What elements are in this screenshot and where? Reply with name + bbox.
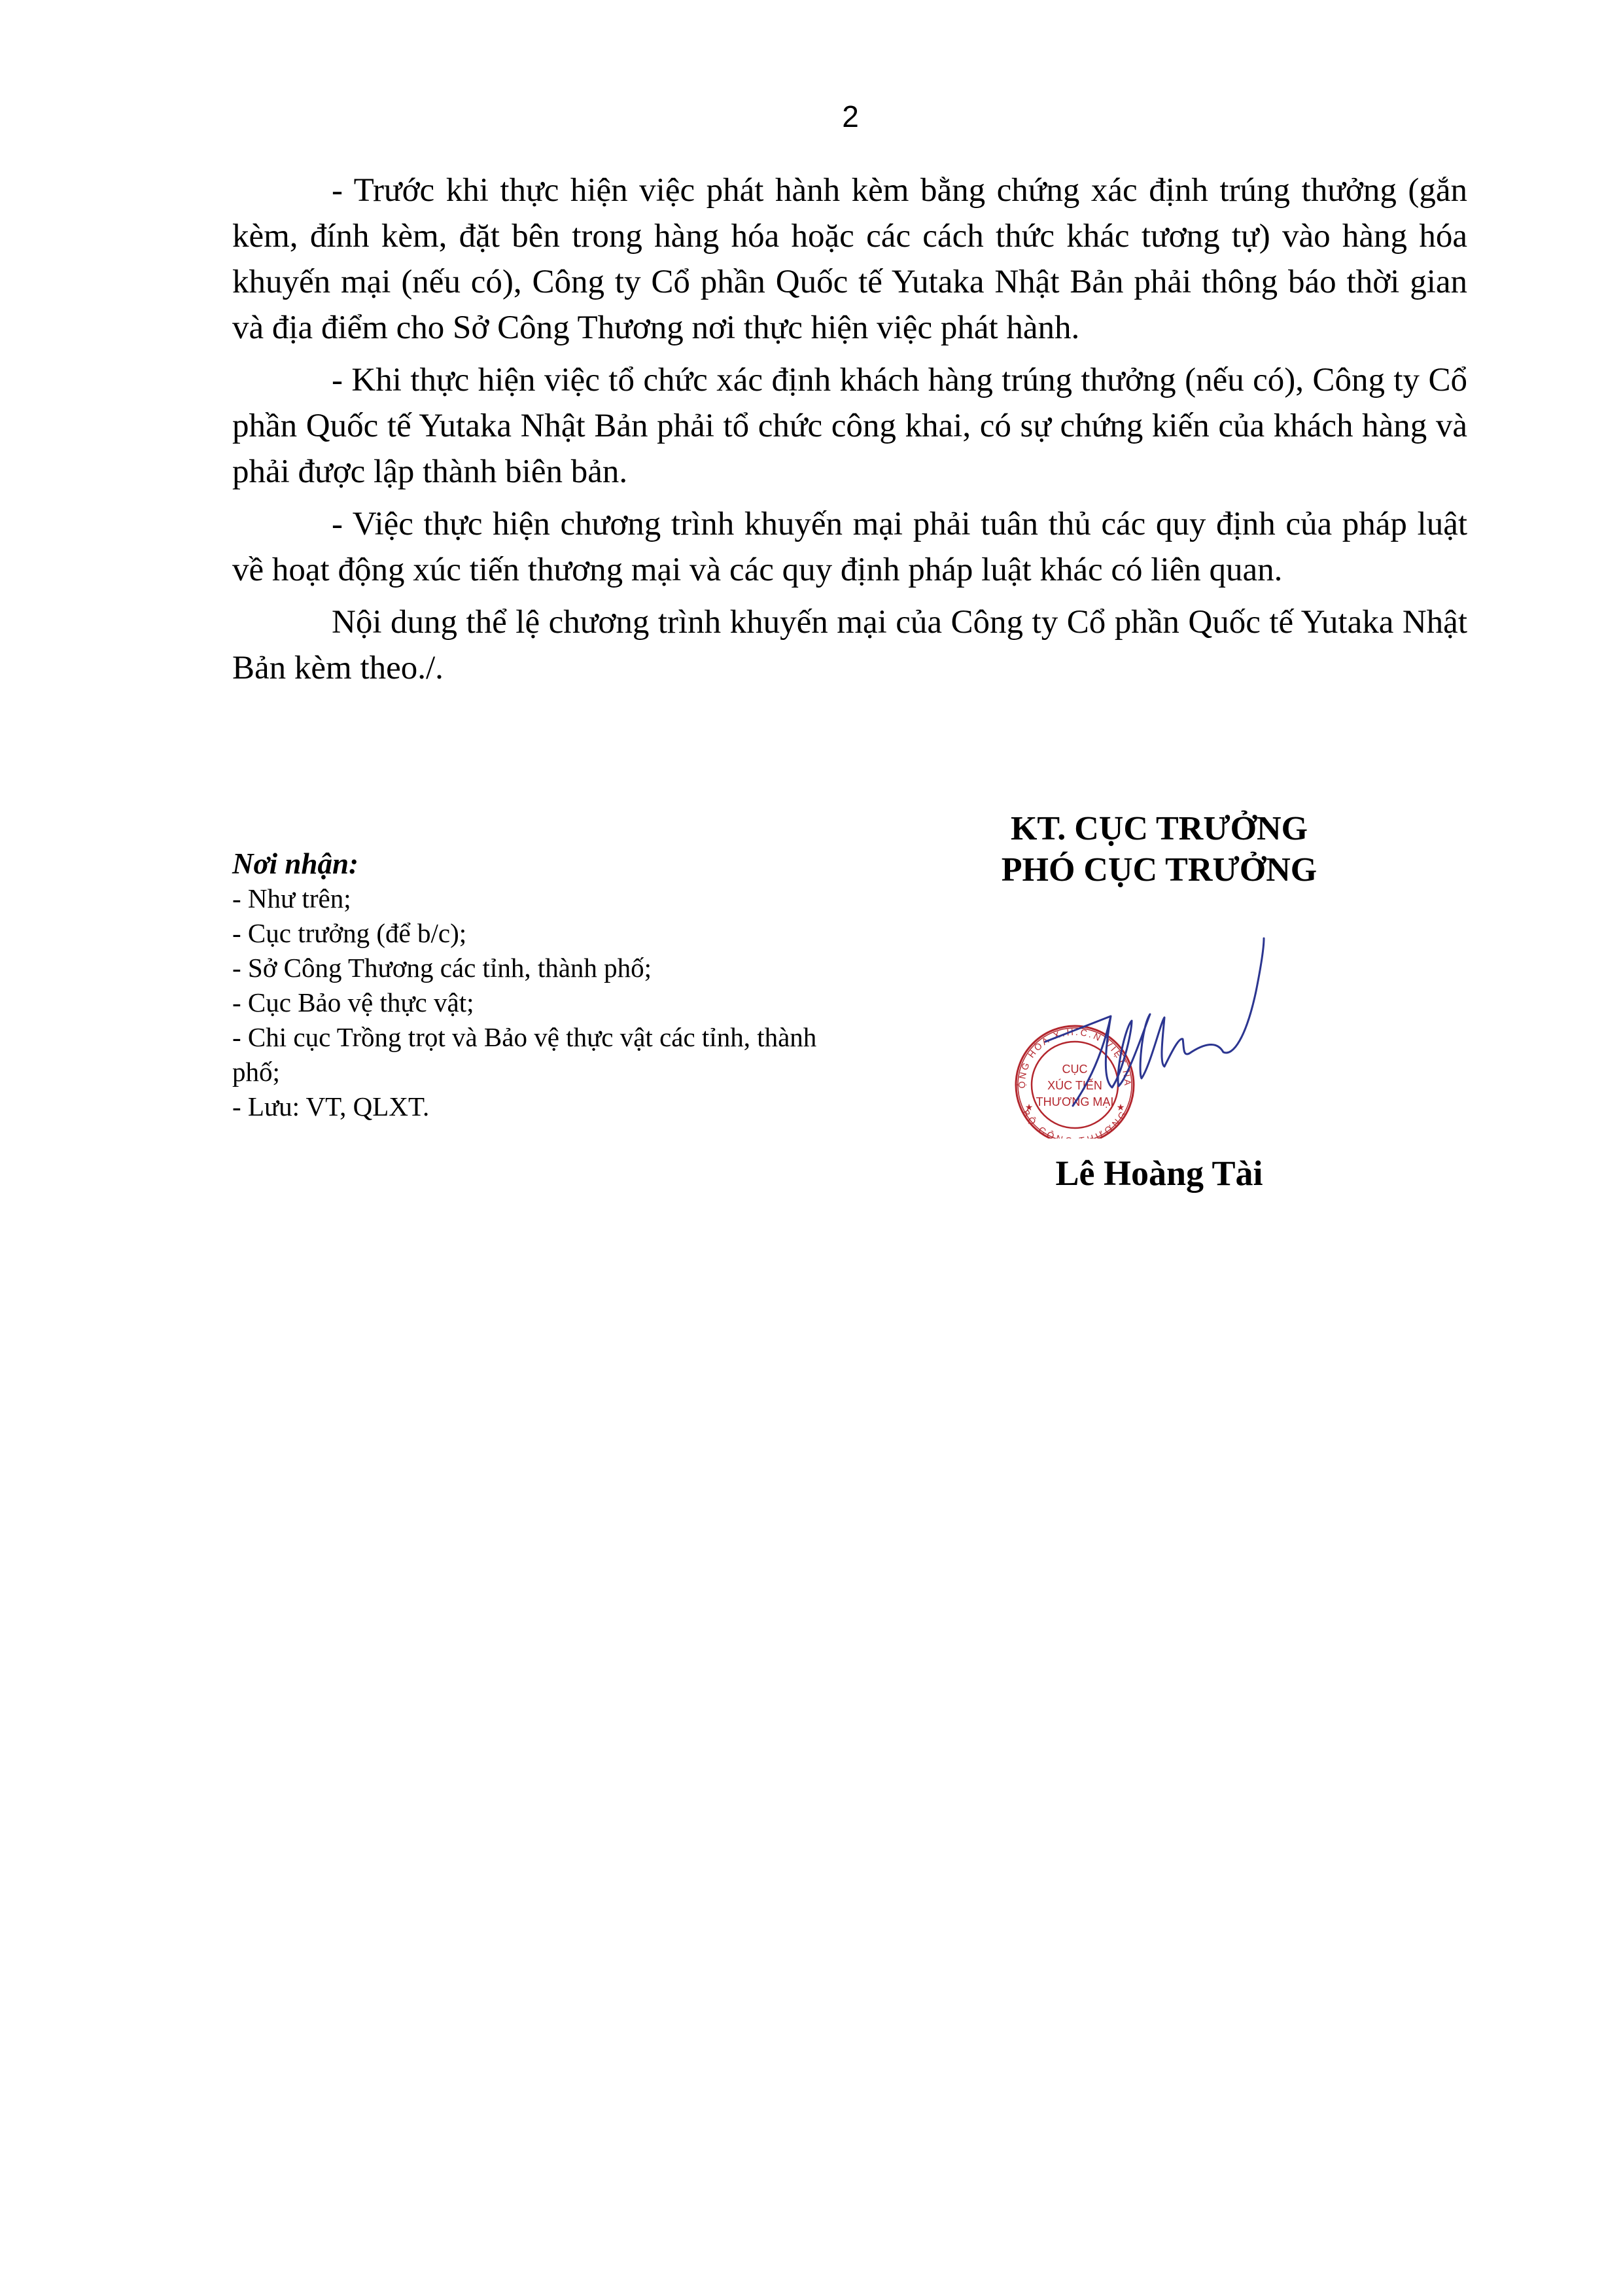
recipient-item: - Cục Bảo vệ thực vật;: [232, 985, 860, 1020]
recipients-label: Nơi nhận:: [232, 846, 860, 881]
signature-title-block: KT. CỤC TRƯỞNG PHÓ CỤC TRƯỞNG: [963, 808, 1355, 891]
recipients-block: Nơi nhận: - Như trên; - Cục trưởng (để b…: [232, 846, 860, 1124]
seal-bottom-text: BỘ CÔNG THƯƠNG: [1021, 1108, 1129, 1139]
document-body: - Trước khi thực hiện việc phát hành kèm…: [232, 168, 1467, 698]
seal-star-right-icon: ★: [1117, 1102, 1125, 1112]
page-number: 2: [811, 98, 890, 135]
recipients-list: - Như trên; - Cục trưởng (để b/c); - Sở …: [232, 881, 860, 1124]
seal-star-left-icon: ★: [1025, 1102, 1034, 1112]
signer-name: Lê Hoàng Tài: [963, 1153, 1355, 1193]
signature-title-line2: PHÓ CỤC TRƯỞNG: [963, 849, 1355, 891]
document-page: 2 - Trước khi thực hiện việc phát hành k…: [0, 0, 1623, 2296]
seal-center-line1: CỤC: [1062, 1063, 1088, 1076]
official-seal-icon: CỘNG HÒA X.H.C.N VIỆT NAM BỘ CÔNG THƯƠNG…: [1007, 929, 1282, 1139]
recipient-item: - Chi cục Trồng trọt và Bảo vệ thực vật …: [232, 1020, 860, 1089]
seal-center-line2: XÚC TIẾN: [1047, 1078, 1102, 1092]
recipient-item: - Sở Công Thương các tỉnh, thành phố;: [232, 951, 860, 985]
paragraph-winner-determination: - Khi thực hiện việc tổ chức xác định kh…: [232, 357, 1467, 495]
recipient-item: - Lưu: VT, QLXT.: [232, 1089, 860, 1124]
svg-text:BỘ CÔNG THƯƠNG: BỘ CÔNG THƯƠNG: [1021, 1108, 1129, 1139]
signature-title-line1: KT. CỤC TRƯỞNG: [963, 808, 1355, 849]
paragraph-attachment-note: Nội dung thể lệ chương trình khuyến mại …: [232, 599, 1467, 691]
recipient-item: - Cục trưởng (để b/c);: [232, 916, 860, 951]
recipient-item: - Như trên;: [232, 881, 860, 916]
paragraph-legal-compliance: - Việc thực hiện chương trình khuyến mại…: [232, 501, 1467, 593]
paragraph-prize-evidence-notice: - Trước khi thực hiện việc phát hành kèm…: [232, 168, 1467, 351]
seal-and-signature: CỘNG HÒA X.H.C.N VIỆT NAM BỘ CÔNG THƯƠNG…: [1007, 929, 1282, 1139]
